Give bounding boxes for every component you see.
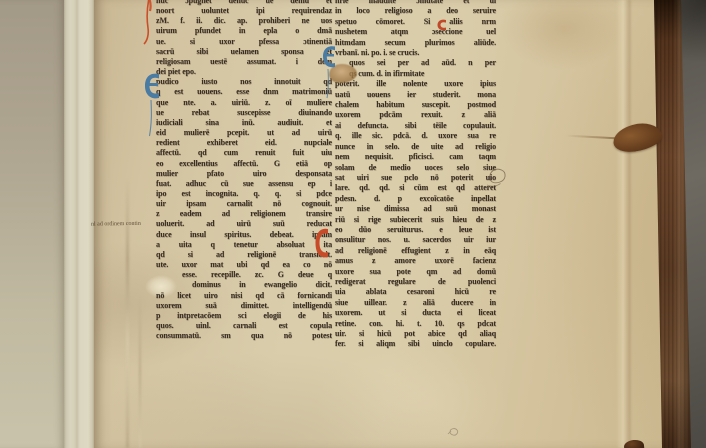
page-edge-strip — [64, 0, 94, 448]
manuscript-text-line: uxore sua pote qm ad domū — [335, 267, 496, 277]
manuscript-text-line: noort uoluntet ipi requirendaz — [156, 6, 332, 16]
manuscript-text-line: sacrū sibi uelamen sponsa et — [156, 47, 332, 57]
manuscript-text-line: quos. uinl. carnali est copula — [156, 321, 332, 331]
manuscript-text-line: qs cum. d. in ifirmitate — [335, 69, 496, 79]
manuscript-text-line: uia ablata cesaroni hicū re — [335, 287, 496, 297]
manuscript-text-line: vrbanī. ni. po. i. se crucis. — [335, 48, 496, 58]
manuscript-text-line: p intpretacōem sci elogii de his — [156, 311, 332, 321]
manuscript-text-line: nō licet uiro nisi qd cā fornicandi — [156, 291, 332, 301]
manuscript-text-line: ue. si uxor pfessa ɔtinentiā — [156, 37, 332, 47]
manuscript-text-line: uirum pfundet in epla o dmā — [156, 26, 332, 36]
ink-doodle-circle — [486, 164, 510, 190]
manuscript-text-line: quos sei per ad aūd. n per — [335, 58, 496, 68]
manuscript-text-line: siue uillear. z aliā ducere in — [335, 298, 496, 308]
manuscript-text-line: uxorem suā dimittet. intelligendū — [156, 301, 332, 311]
manuscript-text-line: spetuo cōmoret. Si aliis nrm — [335, 17, 496, 27]
manuscript-text-line: pudico iusto nos innotuit qd — [156, 77, 332, 87]
manuscript-photo: nuc ɔpugnet denuc ue demū etnoort uolunt… — [0, 0, 706, 448]
manuscript-text-line: fer. si aliqm sibi uinclo copulare. — [335, 339, 496, 349]
manuscript-text-line: a uita q tenetur absoluat ita — [156, 240, 332, 250]
manuscript-text-line: consummatū. sm qua nō potest — [156, 331, 332, 341]
manuscript-text-line: poterit. ille nolente uxore ipius — [335, 79, 496, 89]
crease-line — [139, 296, 141, 448]
manuscript-text-line: nunce in selo. de uite ad religio — [335, 142, 496, 152]
manuscript-text-line: duce insul spiritus. debeat. ipsam — [156, 230, 332, 240]
blue-lombardic-initial-E-right — [321, 44, 339, 102]
manuscript-text-line: fuat. adhuc cū sue assensu ep i — [156, 179, 332, 189]
manuscript-text-line: z eadem ad religionem transire — [156, 209, 332, 219]
manuscript-text-line: ute. uxor mat ubi qd ea co nō — [156, 260, 332, 270]
manuscript-text-line: pdesn. d. p excoīcatōe inpellat — [335, 194, 496, 204]
manuscript-text-line: chalem habitum suscepit. postmod — [335, 100, 496, 110]
manuscript-text-line: dei piet epo. — [156, 67, 332, 77]
manuscript-text-line: mulier pfato uiro desponsata — [156, 169, 332, 179]
manuscript-text-line: que nte. a. uiriū. z. oī muliere — [156, 98, 332, 108]
manuscript-text-line: uoluerit. ad uirū suū reducat — [156, 219, 332, 229]
manuscript-text-line: q. ille sic. pdcā. d. uxore sua re — [335, 131, 496, 141]
crease-line — [126, 178, 129, 448]
manuscript-text-line: nushetem atqm ɔseccione uel — [335, 27, 496, 37]
manuscript-text-line: ue rebat suscepisse diuinando — [156, 108, 332, 118]
text-column-left: nuc ɔpugnet denuc ue demū etnoort uolunt… — [156, 0, 332, 341]
manuscript-text-line: redigerat regulare de puolenci — [335, 277, 496, 287]
manuscript-text-line: ad religionē effugient z in eāq — [335, 246, 496, 256]
manuscript-text-line: zM. f. ii. dic. ap. prohiberi ne uos — [156, 16, 332, 26]
manuscript-text-line: ipo est incognita. q. q. si pdce — [156, 189, 332, 199]
manuscript-text-line: q est uouens. esse dnm matrimoniū — [156, 87, 332, 97]
manuscript-text-line: uir. si hicū pot abice qd aliaq — [335, 329, 496, 339]
manuscript-text-line: eo excellentius affectū. G etiā op — [156, 159, 332, 169]
manuscript-text-line: ai defuncta. sibi tēile copulauit. — [335, 121, 496, 131]
manuscript-text-line: ur nise dimissa ad suū monast — [335, 204, 496, 214]
manuscript-text-line: uatū uouens ier studerit. mona — [335, 90, 496, 100]
manuscript-text-line: eo dūo seruiturus. e leue ist — [335, 225, 496, 235]
red-flourish-initial — [142, 0, 156, 50]
fold-highlight — [616, 0, 632, 448]
manuscript-text-line: uxorem pdcām rexuit. z aliā — [335, 110, 496, 120]
red-paraph-mark — [436, 18, 448, 32]
ink-squiggle — [446, 424, 462, 440]
manuscript-text-line: hitmdam secum plurimos aliūde. — [335, 38, 496, 48]
text-column-right: nrie inaudite ɔmutate et uiin loco relig… — [335, 0, 496, 350]
manuscript-text-line: dominus in ewangelio dicit. — [156, 280, 332, 290]
manuscript-text-line: uxorem. ut si ducta ei liceat — [335, 308, 496, 318]
manuscript-text-line: amus z amore uxorē facienz — [335, 256, 496, 266]
manuscript-text-line: in loco religioso a deo seruire — [335, 6, 496, 16]
manuscript-text-line: riū si rige subiecerit suis hieu de z — [335, 215, 496, 225]
manuscript-text-line: solam de medio uoces selo siue — [335, 163, 496, 173]
manuscript-text-line: redient exhiberet eid. nupciale — [156, 138, 332, 148]
red-lombardic-initial-C — [314, 226, 330, 262]
manuscript-text-line: qd si ad religionē transierit. — [156, 250, 332, 260]
manuscript-text-line: lare. qd. qd. si cūm est qd atteret — [335, 183, 496, 193]
manuscript-text-line: affectū. qd cum renuit fuit uiu — [156, 148, 332, 158]
manuscript-text-line: religiosam uestē assumat. i dem — [156, 57, 332, 67]
blue-lombardic-initial-E-left — [143, 71, 163, 141]
manuscript-text-line: nem nequisit. pficisci. cam taqm — [335, 152, 496, 162]
marginal-note: nl ad ordinem contin — [91, 220, 167, 228]
manuscript-text-line: uir ipsam carnalit nō cognouit. — [156, 199, 332, 209]
manuscript-text-line: retine. con. hi. t. 10. qs pdcat — [335, 319, 496, 329]
manuscript-text-line: eid mulierē pcepit. ut ad uirū — [156, 128, 332, 138]
manuscript-text-line: esse. recepille. zc. G deue q — [156, 270, 332, 280]
manuscript-text-line: onsulitur nos. u. sacerdos uir iur — [335, 235, 496, 245]
manuscript-text-line: sat uiri sue pclo nō poterit uio — [335, 173, 496, 183]
manuscript-text-line: iudiciali sina inū. audiuit. et — [156, 118, 332, 128]
book-cradle-left — [0, 0, 64, 448]
